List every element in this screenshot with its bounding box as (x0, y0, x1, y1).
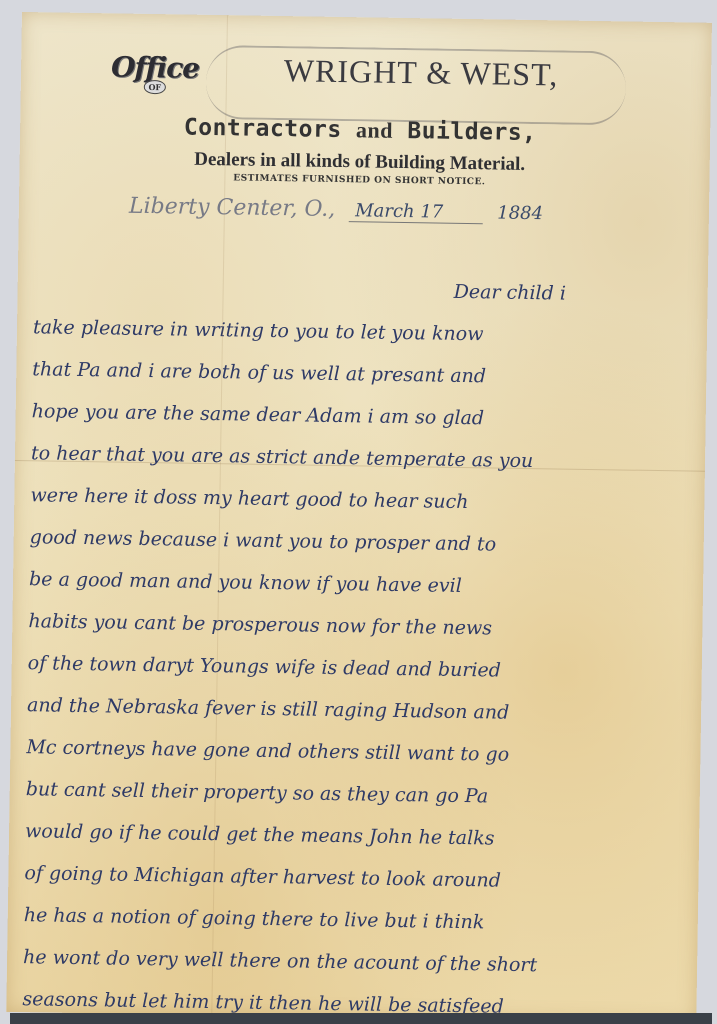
firm-name: WRIGHT & WEST, (221, 51, 622, 94)
letter-line: take pleasure in writing to you to let y… (33, 316, 484, 345)
letter-body: Dear child i take pleasure in writing to… (34, 262, 694, 272)
letter-line: that Pa and i are both of us well at pre… (32, 358, 486, 387)
letter-page: Office OF WRIGHT & WEST, Contractors and… (6, 12, 712, 1023)
salutation: Dear child i (453, 281, 566, 305)
letter-line: and the Nebraska fever is still raging H… (27, 694, 509, 724)
letter-line: Mc cortneys have gone and others still w… (26, 736, 509, 766)
dateline: Liberty Center, O., March 17 1884 (129, 194, 649, 227)
letter-line: were here it doss my heart good to hear … (30, 484, 468, 513)
letter-line: good news because i want you to prosper … (30, 526, 497, 555)
place: Liberty Center, O., (129, 194, 336, 222)
letter-line: of going to Michigan after harvest to lo… (24, 862, 501, 891)
letter-line: but cant sell their property so as they … (26, 778, 489, 807)
mount-edge (10, 1013, 712, 1024)
letter-line: be a good man and you know if you have e… (29, 568, 462, 597)
letter-line: hope you are the same dear Adam i am so … (32, 400, 485, 429)
letter-line: of the town daryt Youngs wife is dead an… (28, 652, 502, 681)
and-word: and (356, 117, 393, 143)
letter-line: to hear that you are as strict ande temp… (31, 442, 534, 472)
contractors-word: Contractors (184, 115, 342, 143)
builders-word: Builders, (407, 118, 537, 146)
letter-line: he has a notion of going there to live b… (24, 904, 485, 933)
letter-line: would go if he could get the means John … (25, 820, 495, 849)
year: 1884 (497, 202, 543, 224)
letter-line: he wont do very well there on the acount… (23, 946, 537, 976)
office-of-emblem: Office OF (109, 41, 202, 102)
office-of-label: OF (143, 79, 166, 93)
letterhead: Office OF WRIGHT & WEST, Contractors and… (19, 12, 712, 243)
date: March 17 (349, 200, 483, 224)
letter-line: habits you cant be prosperous now for th… (28, 610, 492, 639)
